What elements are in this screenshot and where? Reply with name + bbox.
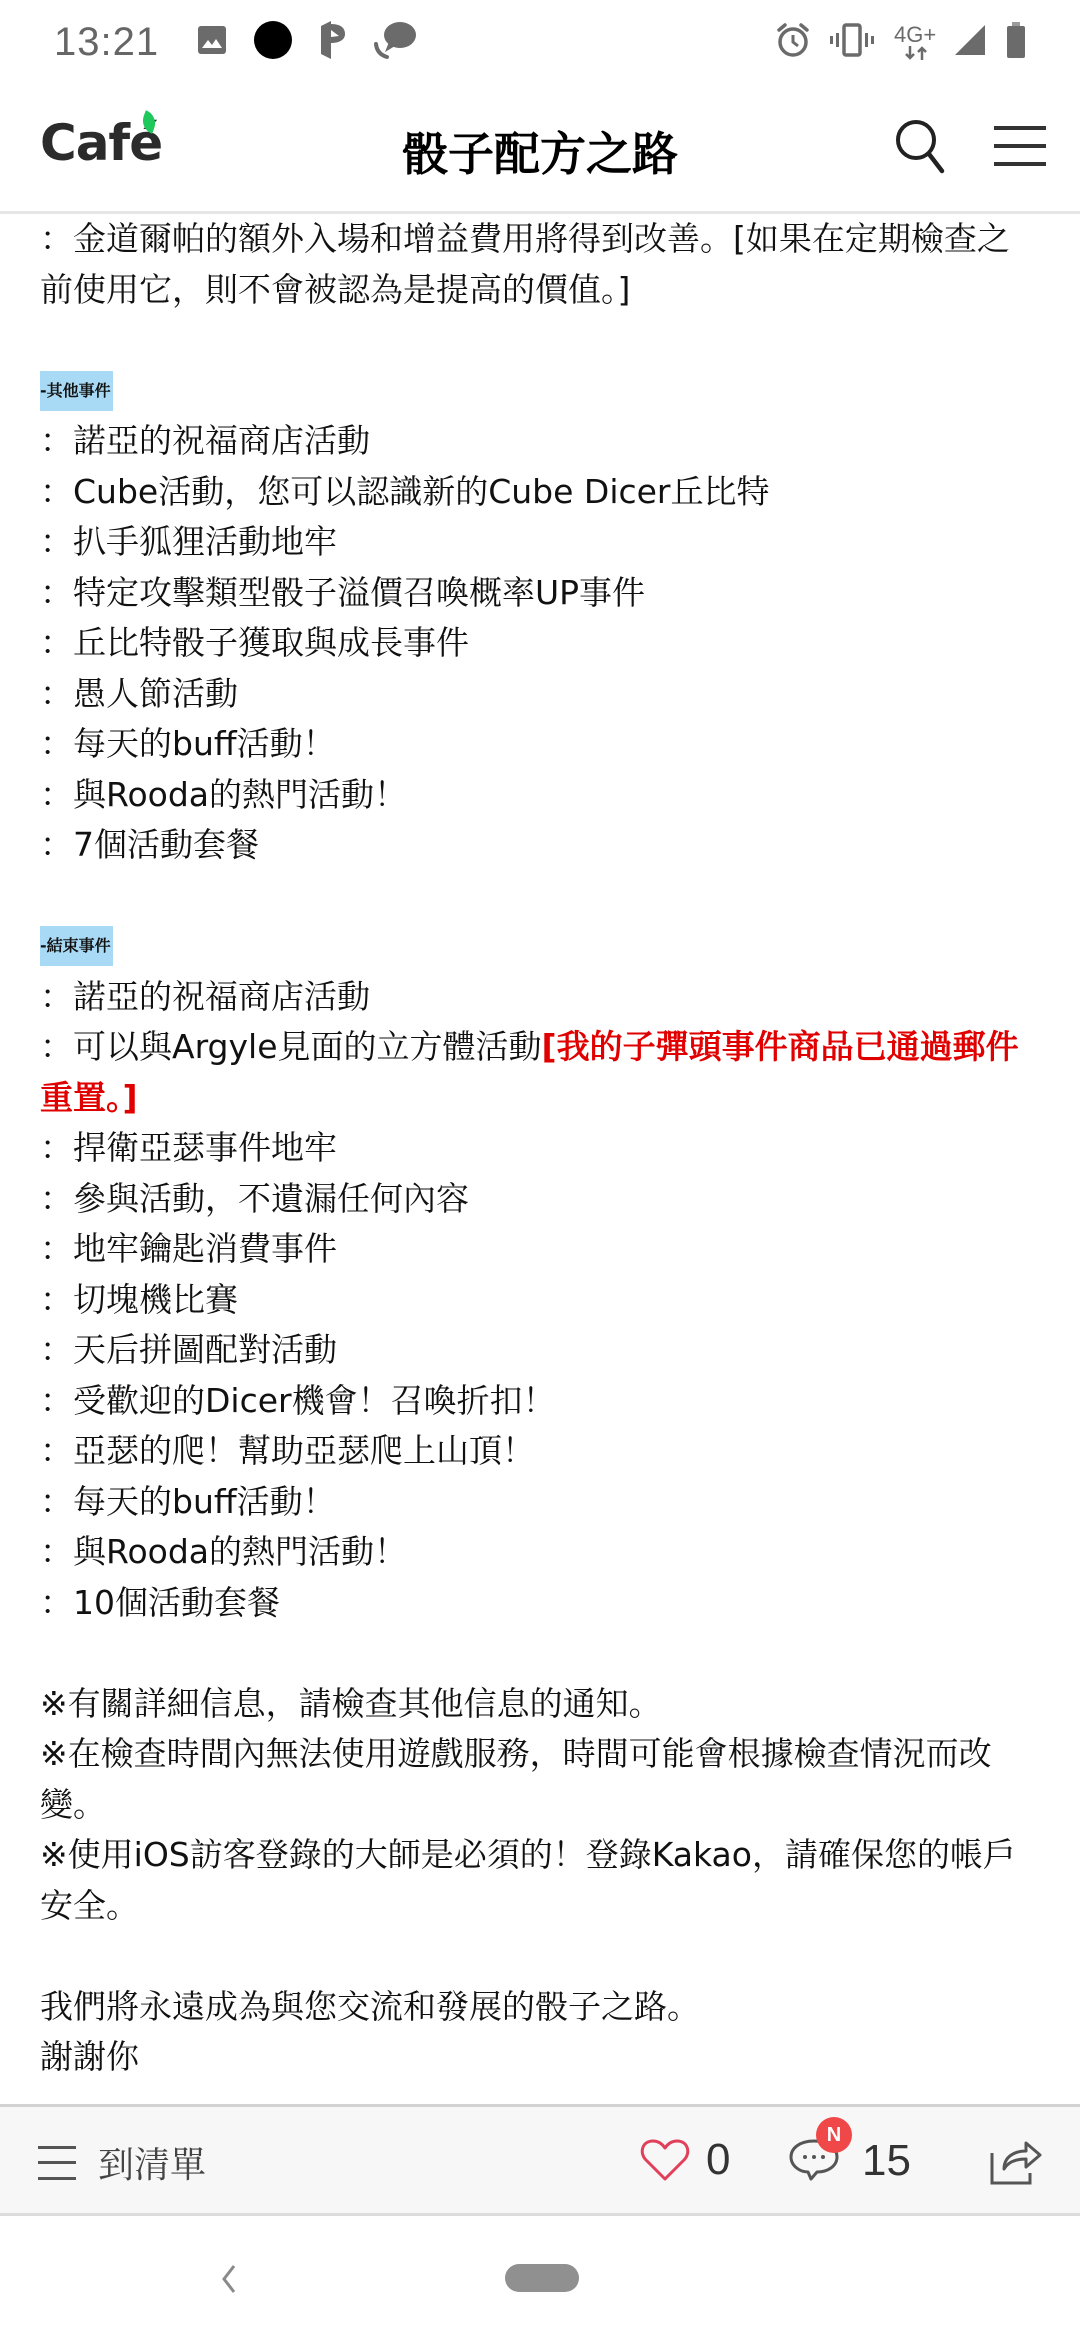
list-item: ：10個活動套餐 — [40, 1578, 1040, 1629]
section-heading: -結束事件 — [40, 926, 113, 966]
back-chevron-icon — [218, 2264, 238, 2294]
like-count: 0 — [706, 2135, 730, 2185]
search-button[interactable] — [890, 114, 950, 178]
note-text: ※在檢查時間內無法使用遊戲服務，時間可能會根據檢查情況而改變。 — [40, 1729, 1040, 1830]
list-item: ：特定攻擊類型骰子溢價召喚概率UP事件 — [40, 568, 1040, 619]
list-item: ：諾亞的祝福商店活動 — [40, 416, 1040, 467]
list-item: ：扒手狐狸活動地牢 — [40, 517, 1040, 568]
to-list-label: 到清單 — [98, 2137, 206, 2188]
list-item: ：與Rooda的熱門活動！ — [40, 770, 1040, 821]
app-header: Café 骰子配方之路 — [0, 84, 1080, 214]
list-item-with-note: ：可以與Argyle見面的立方體活動[我的子彈頭事件商品已通過郵件重置。] — [40, 1022, 1040, 1123]
list-item: ：諾亞的祝福商店活動 — [40, 972, 1040, 1023]
share-icon — [990, 2137, 1042, 2185]
section-heading: -其他事件 — [40, 371, 113, 411]
list-item: ：愚人節活動 — [40, 669, 1040, 720]
notification-icons — [197, 20, 417, 64]
spacer — [40, 871, 1040, 922]
list-item: ：受歡迎的Dicer機會！召喚折扣！ — [40, 1376, 1040, 1427]
section-ended-events: -結束事件 — [40, 921, 1040, 972]
spacer — [40, 1628, 1040, 1679]
list-item: ：切塊機比賽 — [40, 1275, 1040, 1326]
note-text: ※有關詳細信息，請檢查其他信息的通知。 — [40, 1679, 1040, 1730]
share-button[interactable] — [990, 2137, 1042, 2189]
list-item: ：丘比特骰子獲取與成長事件 — [40, 618, 1040, 669]
list-item: ：每天的buff活動！ — [40, 719, 1040, 770]
closing-text: 我們將永遠成為與您交流和發展的骰子之路。 — [40, 1982, 1040, 2033]
list-item: ：與Rooda的熱門活動！ — [40, 1527, 1040, 1578]
list-item: ：地牢鑰匙消費事件 — [40, 1224, 1040, 1275]
system-nav-bar — [0, 2216, 1080, 2340]
heart-icon — [640, 2137, 690, 2183]
section-other-events: -其他事件 — [40, 366, 1040, 417]
status-bar: 13:21 4G+ — [0, 0, 1080, 84]
list-item: ：捍衛亞瑟事件地牢 — [40, 1123, 1040, 1174]
parking-app-icon — [319, 20, 347, 64]
comment-button[interactable]: N 15 — [788, 2135, 911, 2187]
spacer — [40, 1931, 1040, 1982]
to-list-button[interactable]: 到清單 — [38, 2137, 206, 2188]
home-pill-button[interactable] — [505, 2264, 579, 2292]
back-button[interactable] — [218, 2264, 238, 2298]
vibrate-icon — [830, 23, 874, 61]
list-item: ：天后拼圖配對活動 — [40, 1325, 1040, 1376]
list-item: ：每天的buff活動！ — [40, 1477, 1040, 1528]
header-actions — [890, 114, 1050, 178]
list-item: ：Cube活動，您可以認識新的Cube Dicer丘比特 — [40, 467, 1040, 518]
system-icons: 4G+ — [776, 22, 1026, 62]
menu-button[interactable] — [990, 114, 1050, 178]
battery-icon — [1006, 22, 1026, 62]
new-comment-badge: N — [816, 2117, 852, 2153]
list-item: ：7個活動套餐 — [40, 820, 1040, 871]
chat-call-icon — [373, 20, 417, 64]
intro-text: ：金道爾帕的額外入場和增益費用將得到改善。[如果在定期檢查之前使用它，則不會被認… — [40, 214, 1040, 315]
spacer — [40, 315, 1040, 366]
comment-icon-wrap: N — [788, 2135, 840, 2187]
bottom-action-bar: 到清單 0 N 15 — [0, 2104, 1080, 2216]
note-text: ※使用iOS訪客登錄的大師是必須的！登錄Kakao，請確保您的帳戶安全。 — [40, 1830, 1040, 1931]
status-time: 13:21 — [54, 20, 159, 65]
comment-count: 15 — [862, 2136, 911, 2186]
alarm-icon — [776, 22, 810, 62]
black-dot-icon — [253, 20, 293, 64]
gallery-icon — [197, 25, 227, 59]
signal-icon — [954, 24, 986, 60]
thanks-text: 謝謝你 — [40, 2032, 1040, 2083]
post-content: ：金道爾帕的額外入場和增益費用將得到改善。[如果在定期檢查之前使用它，則不會被認… — [0, 214, 1080, 2104]
list-item: ：亞瑟的爬！幫助亞瑟爬上山頂！ — [40, 1426, 1040, 1477]
list-item: ：參與活動，不遺漏任何內容 — [40, 1174, 1040, 1225]
list-icon — [38, 2143, 78, 2183]
search-icon — [894, 118, 946, 174]
like-button[interactable]: 0 — [640, 2135, 730, 2185]
network-4g-plus-icon: 4G+ — [894, 22, 934, 62]
network-label: 4G+ — [894, 22, 936, 48]
menu-icon — [992, 124, 1048, 168]
list-item-text: ：可以與Argyle見面的立方體活動 — [40, 1027, 542, 1066]
